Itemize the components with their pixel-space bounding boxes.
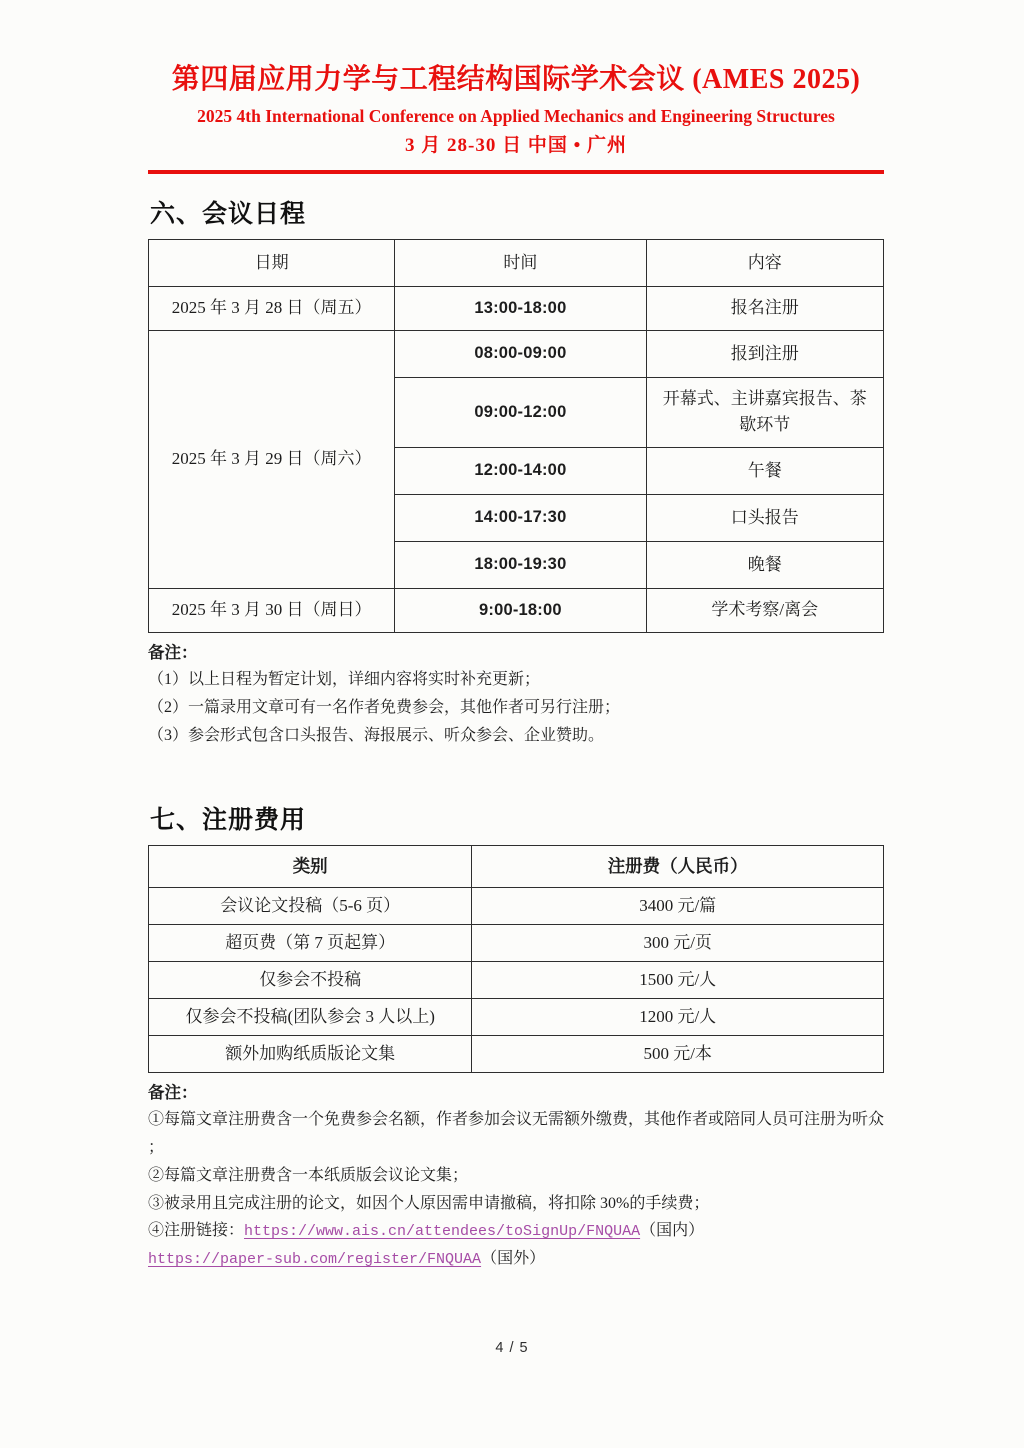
schedule-row: 2025 年 3 月 29 日（周六） 08:00-09:00 报到注册 (149, 330, 884, 377)
fee-category-cell: 仅参会不投稿(团队参会 3 人以上) (149, 998, 472, 1035)
schedule-header-row: 日期 时间 内容 (149, 239, 884, 286)
schedule-col-date: 日期 (149, 239, 395, 286)
fees-row: 超页费（第 7 页起算） 300 元/页 (149, 924, 884, 961)
fees-header-row: 类别 注册费（人民币） (149, 845, 884, 887)
schedule-time-cell: 18:00-19:30 (395, 541, 646, 588)
fee-amount-cell: 300 元/页 (472, 924, 884, 961)
conference-header: 第四届应用力学与工程结构国际学术会议 (AMES 2025) 2025 4th … (148, 62, 884, 174)
conference-date-location: 3 月 28-30 日 中国 • 广州 (148, 135, 884, 158)
conference-title-en: 2025 4th International Conference on App… (148, 106, 884, 127)
fees-notes-label: 备注： (148, 1080, 884, 1106)
fee-category-cell: 会议论文投稿（5-6 页） (149, 887, 472, 924)
schedule-time-cell: 08:00-09:00 (395, 330, 646, 377)
schedule-time-cell: 14:00-17:30 (395, 494, 646, 541)
schedule-heading: 六、会议日程 (150, 200, 884, 230)
schedule-col-content: 内容 (646, 239, 883, 286)
document-page: 第四届应用力学与工程结构国际学术会议 (AMES 2025) 2025 4th … (0, 0, 1024, 1448)
schedule-table: 日期 时间 内容 2025 年 3 月 28 日（周五） 13:00-18:00… (148, 239, 884, 633)
fee-amount-cell: 1500 元/人 (472, 961, 884, 998)
fees-notes: 备注： ①每篇文章注册费含一个免费参会名额，作者参加会议无需额外缴费，其他作者或… (148, 1080, 884, 1274)
fee-amount-cell: 1200 元/人 (472, 998, 884, 1035)
schedule-note-2: （2）一篇录用文章可有一名作者免费参会，其他作者可另行注册； (148, 694, 884, 722)
fee-category-cell: 仅参会不投稿 (149, 961, 472, 998)
registration-link-international[interactable]: https://paper-sub.com/register/FNQUAA (148, 1251, 481, 1268)
conference-title-cn: 第四届应用力学与工程结构国际学术会议 (AMES 2025) (148, 62, 884, 97)
fees-note-3: ③被录用且完成注册的论文，如因个人原因需申请撤稿，将扣除 30%的手续费； (148, 1190, 884, 1218)
fees-heading: 七、注册费用 (150, 806, 884, 836)
schedule-notes: 备注： （1）以上日程为暂定计划，详细内容将实时补充更新； （2）一篇录用文章可… (148, 640, 884, 750)
fee-category-cell: 超页费（第 7 页起算） (149, 924, 472, 961)
fees-col-amount: 注册费（人民币） (472, 845, 884, 887)
schedule-notes-label: 备注： (148, 640, 884, 666)
fees-row: 额外加购纸质版论文集 500 元/本 (149, 1035, 884, 1072)
fees-table: 类别 注册费（人民币） 会议论文投稿（5-6 页） 3400 元/篇 超页费（第… (148, 845, 884, 1073)
schedule-date-cell: 2025 年 3 月 29 日（周六） (149, 330, 395, 588)
schedule-section: 六、会议日程 日期 时间 内容 2025 年 3 月 28 日（周五） 13:0… (148, 200, 884, 750)
fees-note-4: ④注册链接：https://www.ais.cn/attendees/toSig… (148, 1217, 884, 1245)
fee-amount-cell: 500 元/本 (472, 1035, 884, 1072)
registration-link-international-label: （国外） (481, 1250, 545, 1267)
fees-note-4-line-2: https://paper-sub.com/register/FNQUAA（国外… (148, 1245, 884, 1273)
schedule-content-cell: 报名注册 (646, 286, 883, 330)
schedule-content-cell: 开幕式、主讲嘉宾报告、茶歇环节 (646, 377, 883, 447)
fees-col-category: 类别 (149, 845, 472, 887)
schedule-date-cell: 2025 年 3 月 28 日（周五） (149, 286, 395, 330)
schedule-note-3: （3）参会形式包含口头报告、海报展示、听众参会、企业赞助。 (148, 722, 884, 750)
schedule-date-cell: 2025 年 3 月 30 日（周日） (149, 588, 395, 632)
fees-row: 仅参会不投稿(团队参会 3 人以上) 1200 元/人 (149, 998, 884, 1035)
schedule-row: 2025 年 3 月 28 日（周五） 13:00-18:00 报名注册 (149, 286, 884, 330)
registration-link-domestic[interactable]: https://www.ais.cn/attendees/toSignUp/FN… (244, 1223, 640, 1240)
fees-row: 仅参会不投稿 1500 元/人 (149, 961, 884, 998)
header-divider-rule (148, 170, 884, 174)
fee-amount-cell: 3400 元/篇 (472, 887, 884, 924)
fees-row: 会议论文投稿（5-6 页） 3400 元/篇 (149, 887, 884, 924)
page-number: 4 / 5 (495, 1340, 528, 1356)
schedule-content-cell: 口头报告 (646, 494, 883, 541)
registration-link-prefix: ④注册链接： (148, 1222, 244, 1239)
schedule-content-cell: 午餐 (646, 447, 883, 494)
schedule-content-cell: 报到注册 (646, 330, 883, 377)
schedule-time-cell: 12:00-14:00 (395, 447, 646, 494)
schedule-col-time: 时间 (395, 239, 646, 286)
fee-category-cell: 额外加购纸质版论文集 (149, 1035, 472, 1072)
fees-note-1: ①每篇文章注册费含一个免费参会名额，作者参加会议无需额外缴费，其他作者或陪同人员… (148, 1106, 884, 1162)
schedule-content-cell: 学术考察/离会 (646, 588, 883, 632)
schedule-note-1: （1）以上日程为暂定计划，详细内容将实时补充更新； (148, 666, 884, 694)
schedule-content-cell: 晚餐 (646, 541, 883, 588)
page-content: 第四届应用力学与工程结构国际学术会议 (AMES 2025) 2025 4th … (0, 0, 1024, 1274)
schedule-time-cell: 9:00-18:00 (395, 588, 646, 632)
schedule-time-cell: 09:00-12:00 (395, 377, 646, 447)
page-footer: 4 / 5 (0, 1340, 1024, 1356)
fees-note-2: ②每篇文章注册费含一本纸质版会议论文集； (148, 1162, 884, 1190)
fees-section: 七、注册费用 类别 注册费（人民币） 会议论文投稿（5-6 页） 3400 元/… (148, 806, 884, 1274)
registration-link-domestic-label: （国内） (640, 1222, 704, 1239)
schedule-row: 2025 年 3 月 30 日（周日） 9:00-18:00 学术考察/离会 (149, 588, 884, 632)
schedule-time-cell: 13:00-18:00 (395, 286, 646, 330)
